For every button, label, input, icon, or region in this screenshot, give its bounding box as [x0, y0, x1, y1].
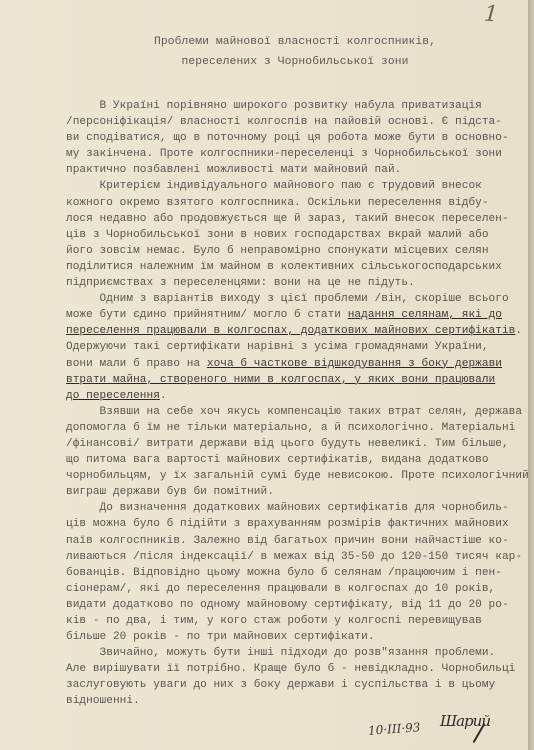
- text-line: Одним з варіантів виходу з цієї проблеми…: [66, 291, 528, 307]
- text-line: лося недавно або продовжується ще й зара…: [66, 211, 528, 227]
- text-line: більше 20 років - по три майнових сертиф…: [66, 629, 528, 645]
- text-line: ви сподіватися, що в поточному році ця р…: [66, 130, 528, 146]
- text-line: практично позбавлені можливості мати май…: [66, 162, 528, 178]
- document-title-line-2: переселених з Чорнобильської зони: [0, 56, 528, 68]
- text-segment: /персоніфікація/ власності колгоспів на …: [66, 116, 502, 128]
- text-segment: лося недавно або продовжується ще й зара…: [66, 213, 509, 225]
- text-segment: Одним з варіантів виходу з цієї проблеми…: [66, 293, 509, 305]
- text-line: сіонерам/, які до переселення працювали …: [66, 581, 528, 597]
- text-line: вони мали б право на хоча б часткове від…: [66, 356, 528, 372]
- text-line: До визначення додаткових майнових сертиф…: [66, 500, 528, 516]
- text-segment: вони мали б право на: [66, 358, 207, 370]
- text-line: ців можна було б підійти з врахуванням р…: [66, 516, 528, 532]
- text-line: му закінчена. Проте колгоспники-переселе…: [66, 146, 528, 162]
- text-segment: ви сподіватися, що в поточному році ця р…: [66, 132, 509, 144]
- text-line: що питома вага вартості майнових сертифі…: [66, 452, 528, 468]
- text-line: переселення працювали в колгоспах, додат…: [66, 323, 528, 339]
- text-segment: більше 20 років - по три майнових сертиф…: [66, 631, 375, 643]
- text-line: видати додатково по одному майновому сер…: [66, 597, 528, 613]
- text-segment: практично позбавлені можливості мати май…: [66, 164, 401, 176]
- text-segment: Взявши на себе хоч якусь компенсацію так…: [66, 406, 522, 418]
- text-line: до переселення.: [66, 388, 528, 404]
- text-line: Взявши на себе хоч якусь компенсацію так…: [66, 404, 528, 420]
- text-line: втрати майна, створеного ними в колгоспа…: [66, 372, 528, 388]
- text-segment: .: [515, 325, 522, 337]
- text-line: /фінансові/ витрати держави від цього бу…: [66, 436, 528, 452]
- text-segment: виграш держави був би помітний.: [66, 486, 274, 498]
- text-line: ців з Чорнобильської зони в нових господ…: [66, 227, 528, 243]
- text-segment: До визначення додаткових майнових сертиф…: [66, 502, 509, 514]
- text-segment: бованців. Відповідно цьому можна було б …: [66, 567, 502, 579]
- text-segment: допомогла б їм не тільки матеріально, а …: [66, 422, 515, 434]
- text-segment: відношенні.: [66, 695, 140, 707]
- document-body: В Україні порівняно широкого розвитку на…: [66, 98, 528, 710]
- text-segment: може бути єдино прийнятним/ могло б стат…: [66, 309, 348, 321]
- handwritten-date: 10·III·93: [368, 720, 421, 738]
- text-segment: Одержуючи такі сертифікати нарівні з усі…: [66, 341, 489, 353]
- text-segment: видати додатково по одному майновому сер…: [66, 599, 509, 611]
- text-line: Звичайно, можуть бути інші підходи до ро…: [66, 645, 528, 661]
- text-line: його зовсім немає. Було б неправомірно с…: [66, 243, 528, 259]
- text-line: кожного окремо взятого колгоспника. Оскі…: [66, 195, 528, 211]
- text-line: В Україні порівняно широкого розвитку на…: [66, 98, 528, 114]
- text-segment: сіонерам/, які до переселення працювали …: [66, 583, 495, 595]
- text-segment: підприємствах з переселенцями: вони на ц…: [66, 277, 415, 289]
- text-segment: ливаються /після індексації/ в межах від…: [66, 551, 522, 563]
- underlined-text: до переселення: [66, 390, 160, 402]
- text-segment: поділитися належним їм майном в колектив…: [66, 261, 502, 273]
- text-segment: ців з Чорнобильської зони в нових господ…: [66, 229, 489, 241]
- text-segment: чорнобильцям, у їх загальній сумі буде н…: [66, 470, 529, 482]
- text-line: допомогла б їм не тільки матеріально, а …: [66, 420, 528, 436]
- text-segment: Але вирішувати її потрібно. Краще було б…: [66, 663, 515, 675]
- text-line: паїв колгоспників. Залежно від багатьох …: [66, 533, 528, 549]
- text-line: ливаються /після індексації/ в межах від…: [66, 549, 528, 565]
- underlined-text: надання селянам, які до: [348, 309, 502, 321]
- text-segment: заслуговують уваги до них з боку держави…: [66, 679, 495, 691]
- text-line: Але вирішувати її потрібно. Краще було б…: [66, 661, 528, 677]
- text-segment: В Україні порівняно широкого розвитку на…: [66, 100, 482, 112]
- page-number: 1: [483, 2, 499, 28]
- text-segment: що питома вага вартості майнових сертифі…: [66, 454, 489, 466]
- text-line: може бути єдино прийнятним/ могло б стат…: [66, 307, 528, 323]
- text-line: виграш держави був би помітний.: [66, 484, 528, 500]
- text-line: Критерієм індивідуального майнового паю …: [66, 178, 528, 194]
- text-line: відношенні.: [66, 693, 528, 709]
- text-line: /персоніфікація/ власності колгоспів на …: [66, 114, 528, 130]
- underlined-text: переселення працювали в колгоспах, додат…: [66, 325, 515, 337]
- underlined-text: хоча б часткове відшкодування з боку дер…: [207, 358, 502, 370]
- text-segment: паїв колгоспників. Залежно від багатьох …: [66, 535, 509, 547]
- text-line: заслуговують уваги до них з боку держави…: [66, 677, 528, 693]
- text-segment: ків - по два, і тим, у кого стаж роботи …: [66, 615, 482, 627]
- text-segment: Критерієм індивідуального майнового паю …: [66, 180, 482, 192]
- document-title-line-1: Проблеми майнової власності колгоспників…: [0, 36, 528, 48]
- text-line: підприємствах з переселенцями: вони на ц…: [66, 275, 528, 291]
- text-segment: .: [160, 390, 167, 402]
- text-line: чорнобильцям, у їх загальній сумі буде н…: [66, 468, 528, 484]
- page-binding-edge: [528, 0, 534, 750]
- text-segment: кожного окремо взятого колгоспника. Оскі…: [66, 197, 489, 209]
- text-line: поділитися належним їм майном в колектив…: [66, 259, 528, 275]
- text-line: Одержуючи такі сертифікати нарівні з усі…: [66, 339, 528, 355]
- text-segment: ців можна було б підійти з врахуванням р…: [66, 518, 509, 530]
- text-segment: його зовсім немає. Було б неправомірно с…: [66, 245, 489, 257]
- document-page: 1 Проблеми майнової власності колгоспник…: [0, 0, 528, 750]
- underlined-text: втрати майна, створеного ними в колгоспа…: [66, 374, 495, 386]
- text-segment: му закінчена. Проте колгоспники-переселе…: [66, 148, 502, 160]
- text-segment: Звичайно, можуть бути інші підходи до ро…: [66, 647, 495, 659]
- text-line: ків - по два, і тим, у кого стаж роботи …: [66, 613, 528, 629]
- text-line: бованців. Відповідно цьому можна було б …: [66, 565, 528, 581]
- text-segment: /фінансові/ витрати держави від цього бу…: [66, 438, 509, 450]
